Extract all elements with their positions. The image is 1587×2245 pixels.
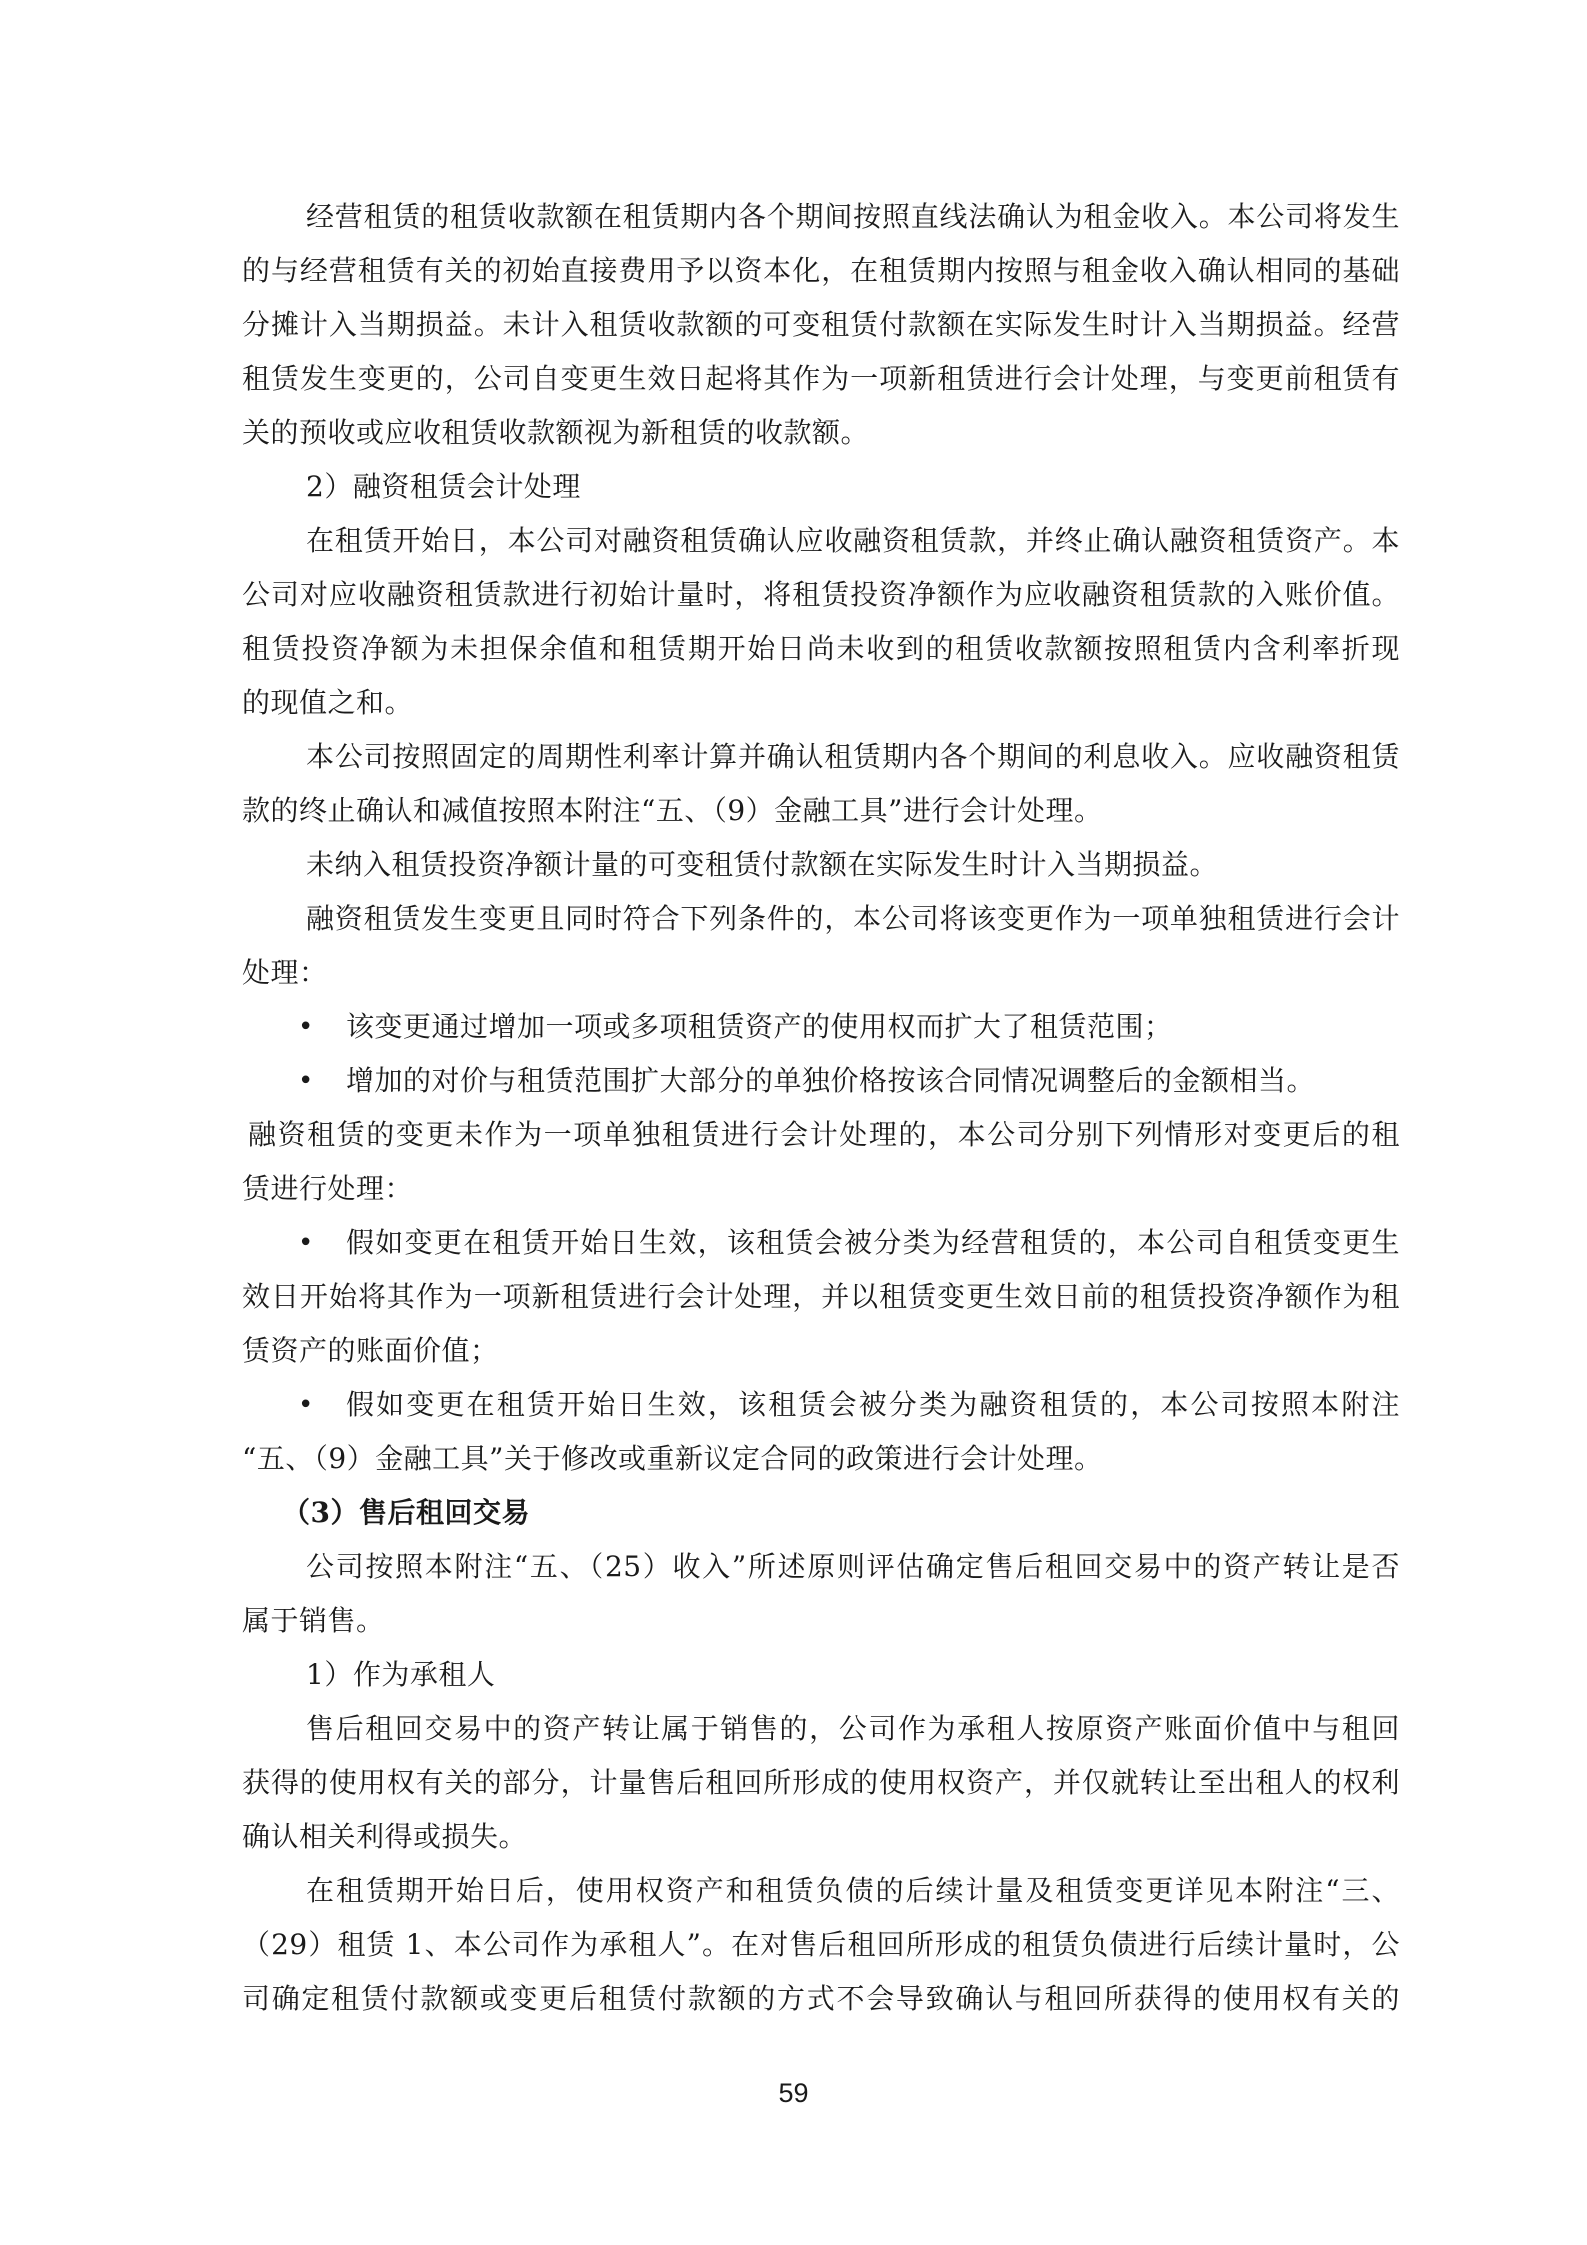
bullet-line: •增加的对价与租赁范围扩大部分的单独价格按该合同情况调整后的金额相当。: [242, 1054, 1400, 1108]
text-line: 经营租赁的租赁收款额在租赁期内各个期间按照直线法确认为租金收入。本公司将发生: [242, 190, 1400, 244]
text-line: 款的终止确认和减值按照本附注“五、（9）金融工具”进行会计处理。: [242, 784, 1400, 838]
text-line: 2）融资租赁会计处理: [242, 460, 1400, 514]
text-line: 1）作为承租人: [242, 1648, 1400, 1702]
section-heading: （3）售后租回交易: [242, 1486, 1400, 1540]
text-line: （29）租赁 1、本公司作为承租人”。在对售后租回所形成的租赁负债进行后续计量时…: [242, 1918, 1400, 1972]
bullet-text: 该变更通过增加一项或多项租赁资产的使用权而扩大了租赁范围；: [346, 1010, 1173, 1043]
text-line: 融资租赁的变更未作为一项单独租赁进行会计处理的，本公司分别下列情形对变更后的租: [242, 1108, 1400, 1162]
text-line: 公司对应收融资租赁款进行初始计量时，将租赁投资净额作为应收融资租赁款的入账价值。: [242, 568, 1400, 622]
text-line: 融资租赁发生变更且同时符合下列条件的，本公司将该变更作为一项单独租赁进行会计: [242, 892, 1400, 946]
document-body: 经营租赁的租赁收款额在租赁期内各个期间按照直线法确认为租金收入。本公司将发生的与…: [242, 190, 1400, 2026]
text-line: 效日开始将其作为一项新租赁进行会计处理，并以租赁变更生效日前的租赁投资净额作为租: [242, 1270, 1400, 1324]
text-line: 租赁投资净额为未担保余值和租赁期开始日尚未收到的租赁收款额按照租赁内含利率折现: [242, 622, 1400, 676]
bullet-text: 增加的对价与租赁范围扩大部分的单独价格按该合同情况调整后的金额相当。: [346, 1064, 1315, 1097]
text-line: 在租赁开始日，本公司对融资租赁确认应收融资租赁款，并终止确认融资租赁资产。本: [242, 514, 1400, 568]
bullet-line: •该变更通过增加一项或多项租赁资产的使用权而扩大了租赁范围；: [242, 1000, 1400, 1054]
bullet-line: •假如变更在租赁开始日生效，该租赁会被分类为融资租赁的，本公司按照本附注: [242, 1378, 1400, 1432]
bullet-text: 假如变更在租赁开始日生效，该租赁会被分类为经营租赁的，本公司自租赁变更生: [346, 1226, 1400, 1259]
text-line: 售后租回交易中的资产转让属于销售的，公司作为承租人按原资产账面价值中与租回: [242, 1702, 1400, 1756]
text-line: 在租赁期开始日后，使用权资产和租赁负债的后续计量及租赁变更详见本附注“三、: [242, 1864, 1400, 1918]
text-line: 司确定租赁付款额或变更后租赁付款额的方式不会导致确认与租回所获得的使用权有关的: [242, 1972, 1400, 2026]
page-number: 59: [0, 2078, 1587, 2109]
bullet-icon: •: [298, 1054, 314, 1108]
text-line: 租赁发生变更的，公司自变更生效日起将其作为一项新租赁进行会计处理，与变更前租赁有: [242, 352, 1400, 406]
text-line: 的现值之和。: [242, 676, 1400, 730]
text-line: 处理：: [242, 946, 1400, 1000]
text-line: 关的预收或应收租赁收款额视为新租赁的收款额。: [242, 406, 1400, 460]
text-line: 属于销售。: [242, 1594, 1400, 1648]
bullet-icon: •: [298, 1378, 314, 1432]
bullet-icon: •: [298, 1000, 314, 1054]
text-line: 获得的使用权有关的部分，计量售后租回所形成的使用权资产，并仅就转让至出租人的权利: [242, 1756, 1400, 1810]
text-line: 赁资产的账面价值；: [242, 1324, 1400, 1378]
text-line: 确认相关利得或损失。: [242, 1810, 1400, 1864]
text-line: 赁进行处理：: [242, 1162, 1400, 1216]
text-line: “五、（9）金融工具”关于修改或重新议定合同的政策进行会计处理。: [242, 1432, 1400, 1486]
bullet-icon: •: [298, 1216, 314, 1270]
text-line: 的与经营租赁有关的初始直接费用予以资本化，在租赁期内按照与租金收入确认相同的基础: [242, 244, 1400, 298]
text-line: 本公司按照固定的周期性利率计算并确认租赁期内各个期间的利息收入。应收融资租赁: [242, 730, 1400, 784]
text-line: 分摊计入当期损益。未计入租赁收款额的可变租赁付款额在实际发生时计入当期损益。经营: [242, 298, 1400, 352]
bullet-text: 假如变更在租赁开始日生效，该租赁会被分类为融资租赁的，本公司按照本附注: [346, 1388, 1400, 1421]
text-line: 未纳入租赁投资净额计量的可变租赁付款额在实际发生时计入当期损益。: [242, 838, 1400, 892]
text-line: 公司按照本附注“五、（25）收入”所述原则评估确定售后租回交易中的资产转让是否: [242, 1540, 1400, 1594]
document-page: 经营租赁的租赁收款额在租赁期内各个期间按照直线法确认为租金收入。本公司将发生的与…: [0, 0, 1587, 2245]
bullet-line: •假如变更在租赁开始日生效，该租赁会被分类为经营租赁的，本公司自租赁变更生: [242, 1216, 1400, 1270]
